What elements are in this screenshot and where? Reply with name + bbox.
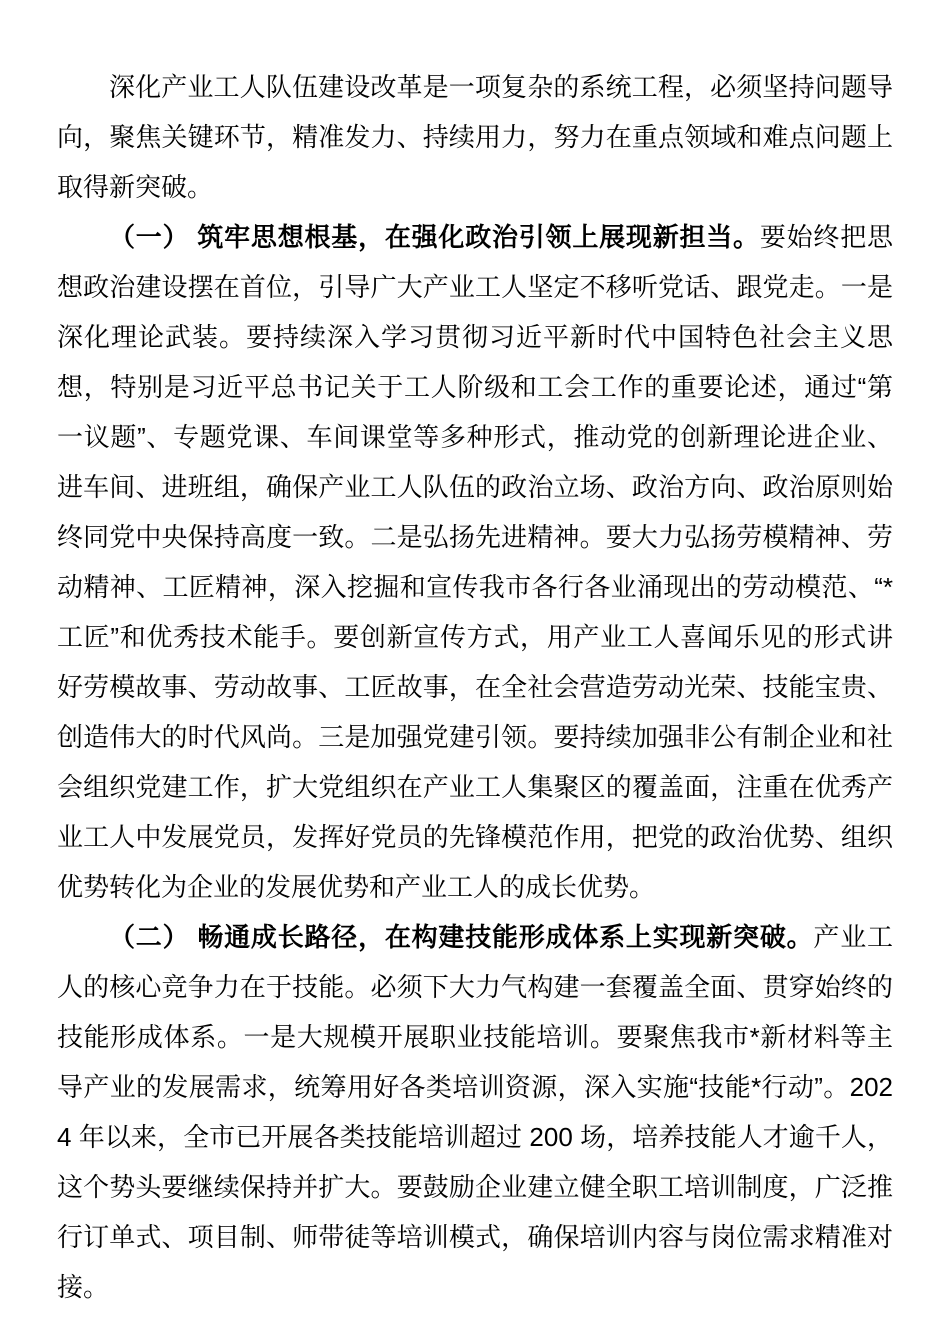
section-1-body: 要始终把思想政治建设摆在首位，引导广大产业工人坚定不移听党话、跟党走。一是深化理… bbox=[57, 222, 893, 902]
section-1-heading: （一） 筑牢思想根基，在强化政治引领上展现新担当。 bbox=[109, 222, 760, 252]
paragraph-intro: 深化产业工人队伍建设改革是一项复杂的系统工程，必须坚持问题导向，聚焦关键环节，精… bbox=[57, 62, 893, 212]
document-page: 深化产业工人队伍建设改革是一项复杂的系统工程，必须坚持问题导向，聚焦关键环节，精… bbox=[0, 0, 950, 1344]
paragraph-section-2: （二） 畅通成长路径，在构建技能形成体系上实现新突破。产业工人的核心竞争力在于技… bbox=[57, 912, 893, 1312]
intro-text: 深化产业工人队伍建设改革是一项复杂的系统工程，必须坚持问题导向，聚焦关键环节，精… bbox=[57, 72, 893, 202]
section-2-body: 产业工人的核心竞争力在于技能。必须下大力气构建一套覆盖全面、贯穿始终的技能形成体… bbox=[57, 922, 893, 1302]
section-2-heading: （二） 畅通成长路径，在构建技能形成体系上实现新突破。 bbox=[109, 922, 813, 952]
paragraph-section-1: （一） 筑牢思想根基，在强化政治引领上展现新担当。要始终把思想政治建设摆在首位，… bbox=[57, 212, 893, 912]
